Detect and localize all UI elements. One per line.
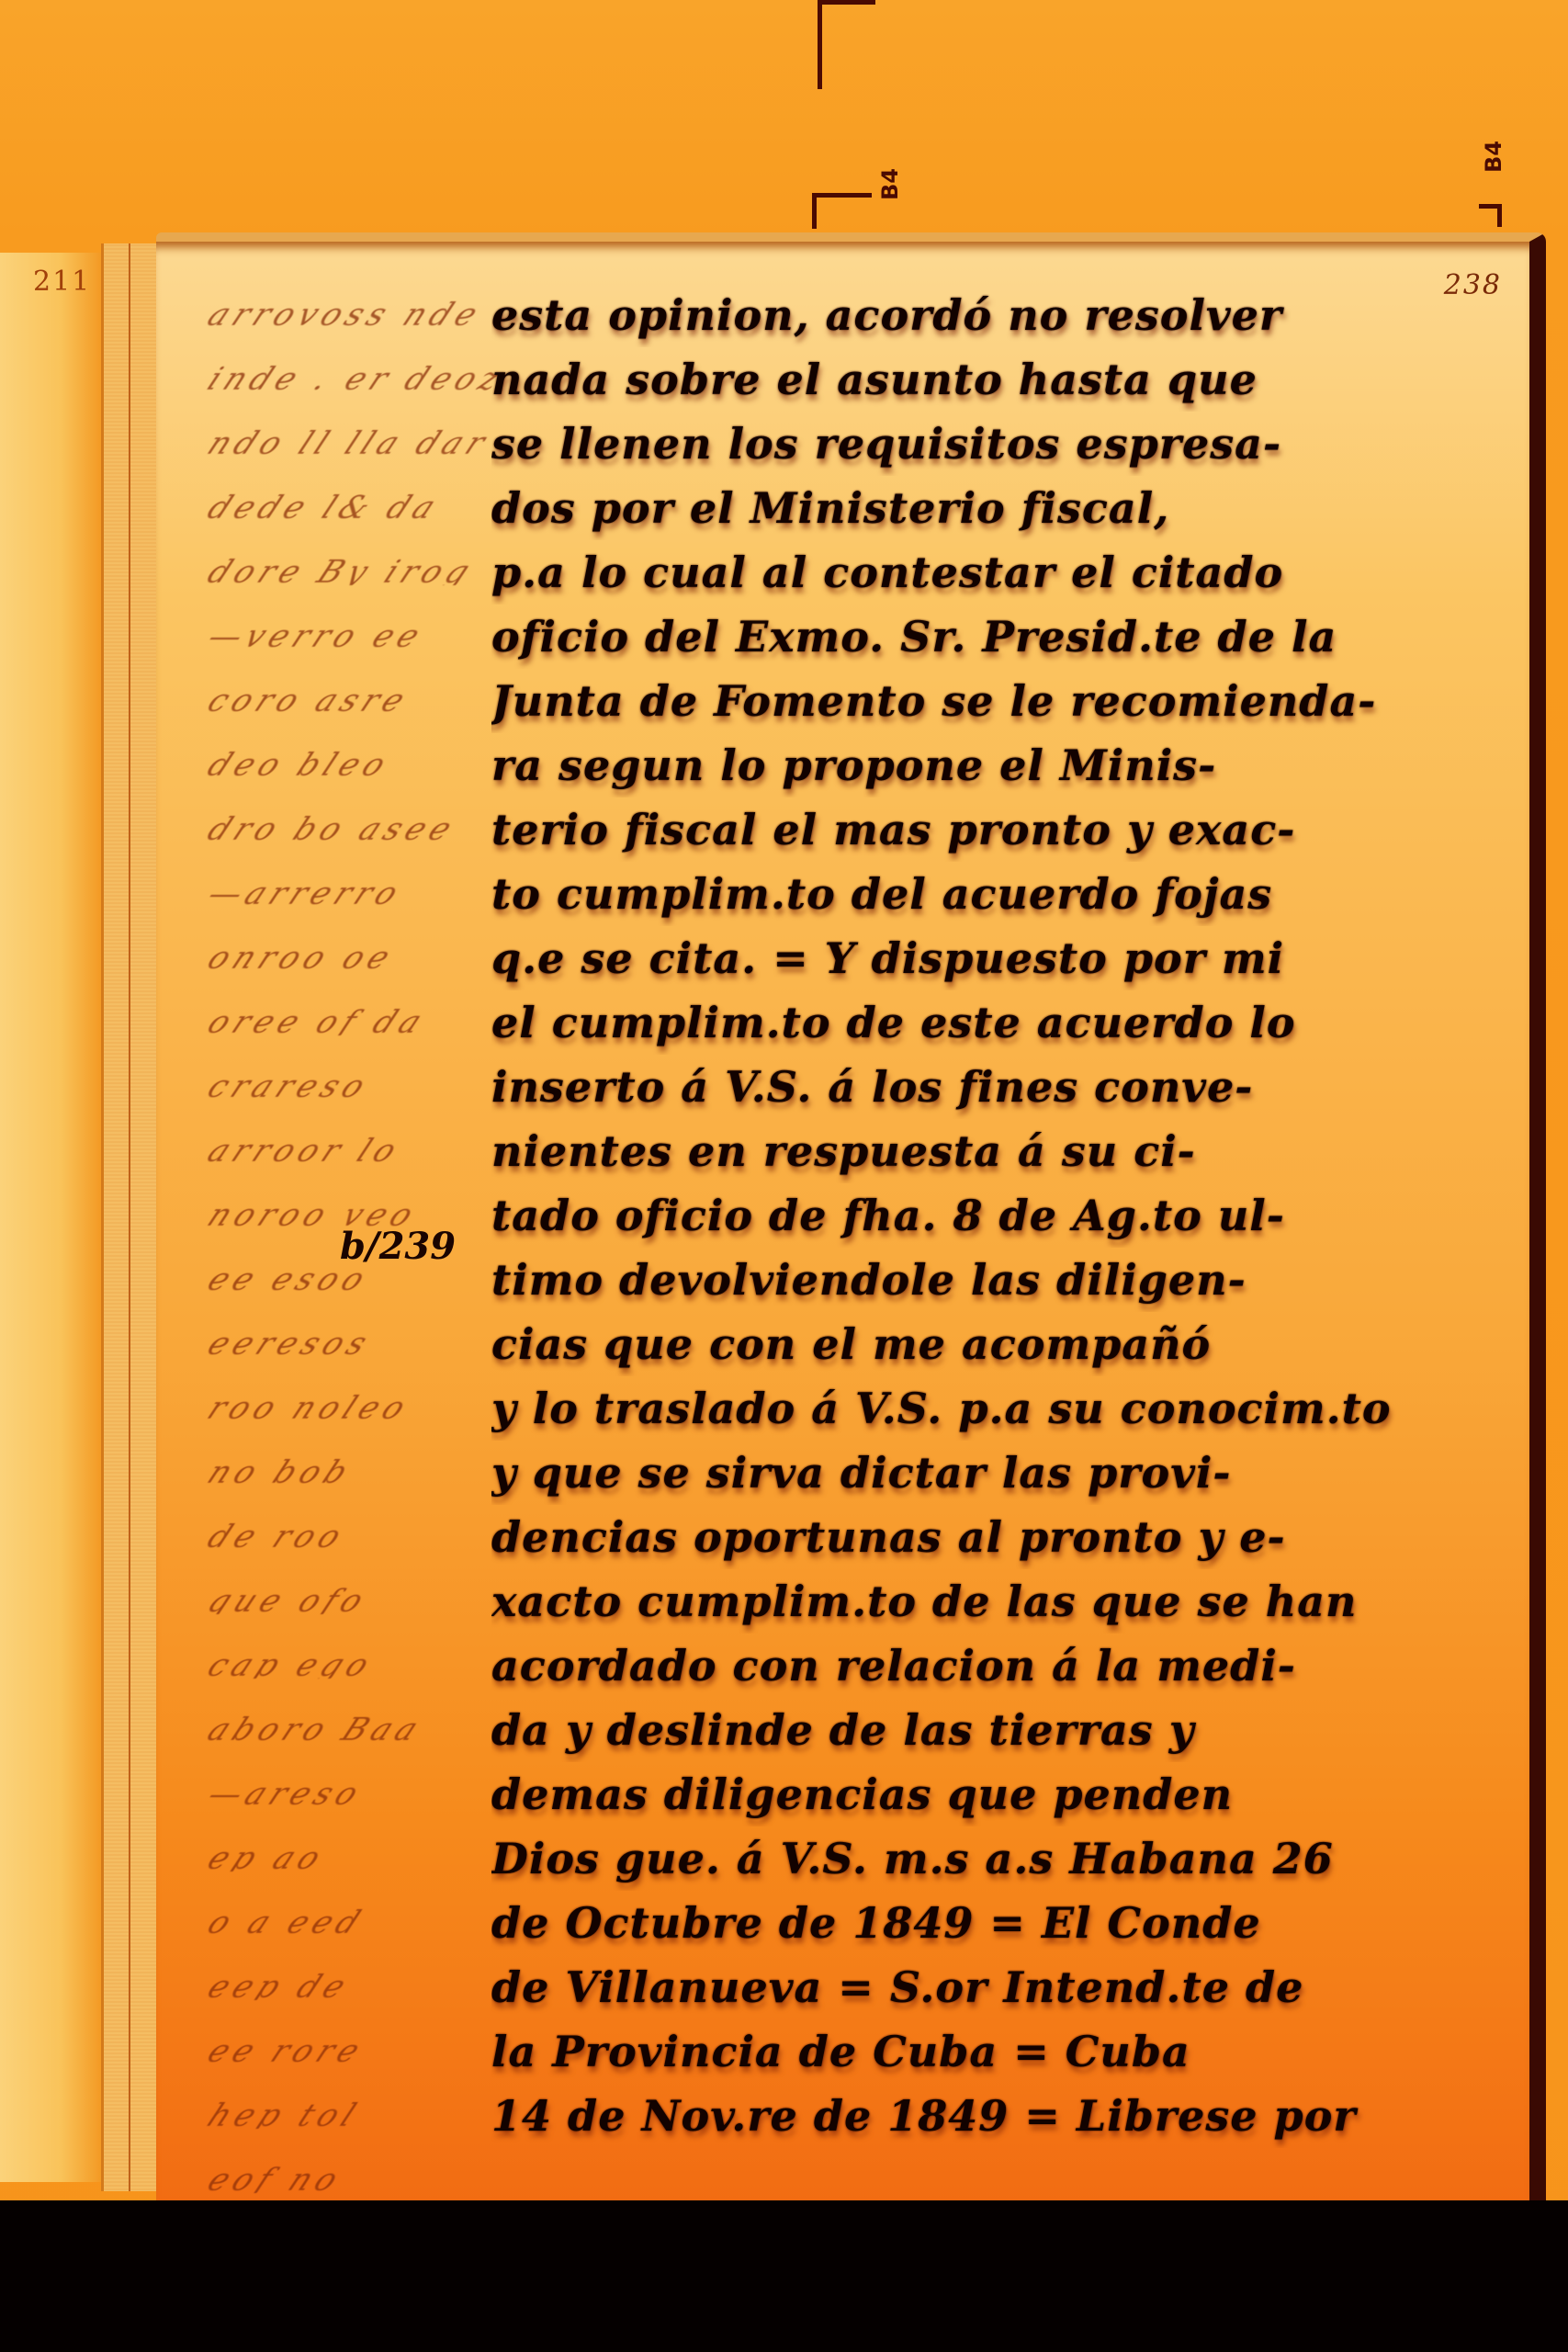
crop-mark-top bbox=[818, 0, 875, 89]
handwritten-text-block: esta opinion, acordó no resolver nada so… bbox=[491, 283, 1511, 2148]
spine-stitch-line bbox=[129, 243, 130, 2191]
manuscript-line: de Villanueva = S.or Intend.te de bbox=[491, 1955, 1511, 2019]
manuscript-line: la Provincia de Cuba = Cuba bbox=[491, 2019, 1511, 2084]
manuscript-line: esta opinion, acordó no resolver bbox=[491, 283, 1511, 347]
crop-mark-mid bbox=[812, 193, 872, 229]
manuscript-line: se llenen los requisitos espresa- bbox=[491, 412, 1511, 476]
manuscript-line: inserto á V.S. á los fines conve- bbox=[491, 1055, 1511, 1119]
crop-label-b4-mid: B4 bbox=[877, 168, 903, 200]
manuscript-line: nada sobre el asunto hasta que bbox=[491, 347, 1511, 412]
left-page-edge: 211 bbox=[0, 253, 105, 2182]
manuscript-line: y que se sirva dictar las provi- bbox=[491, 1441, 1511, 1505]
crop-mark-right bbox=[1479, 204, 1502, 227]
manuscript-line: terio fiscal el mas pronto y exac- bbox=[491, 797, 1511, 862]
scan-bottom-shadow bbox=[0, 2200, 1568, 2352]
book-spine bbox=[101, 243, 162, 2191]
manuscript-line: Dios gue. á V.S. m.s a.s Habana 26 bbox=[491, 1826, 1511, 1891]
manuscript-line: demas diligencias que penden bbox=[491, 1762, 1511, 1826]
manuscript-line: dos por el Ministerio fiscal, bbox=[491, 476, 1511, 540]
manuscript-line: tado oficio de fha. 8 de Ag.to ul- bbox=[491, 1183, 1511, 1248]
open-ledger-book: 211 238 arrovoss nde inde . er deoz ndo … bbox=[0, 225, 1568, 2205]
manuscript-line: xacto cumplim.to de las que se han bbox=[491, 1569, 1511, 1634]
manuscript-line: 14 de Nov.re de 1849 = Librese por bbox=[491, 2084, 1511, 2148]
manuscript-line: timo devolviendole las diligen- bbox=[491, 1248, 1511, 1312]
margin-folio-note: b/239 bbox=[340, 1225, 456, 1268]
manuscript-line: to cumplim.to del acuerdo fojas bbox=[491, 862, 1511, 926]
manuscript-line: acordado con relacion á la medi- bbox=[491, 1634, 1511, 1698]
manuscript-page: 238 arrovoss nde inde . er deoz ndo ll l… bbox=[156, 232, 1546, 2217]
manuscript-line: dencias oportunas al pronto y e- bbox=[491, 1505, 1511, 1569]
manuscript-line: nientes en respuesta á su ci- bbox=[491, 1119, 1511, 1183]
manuscript-line: de Octubre de 1849 = El Conde bbox=[491, 1891, 1511, 1955]
manuscript-line: Junta de Fomento se le recomienda- bbox=[491, 669, 1511, 733]
manuscript-line: da y deslinde de las tierras y bbox=[491, 1698, 1511, 1762]
left-page-number: 211 bbox=[33, 266, 91, 298]
manuscript-line: q.e se cita. = Y dispuesto por mi bbox=[491, 926, 1511, 990]
manuscript-line: y lo traslado á V.S. p.a su conocim.to bbox=[491, 1376, 1511, 1441]
crop-label-b4-right: B4 bbox=[1481, 141, 1506, 173]
bleed-line: eof no bbox=[204, 2162, 696, 2193]
manuscript-line: el cumplim.to de este acuerdo lo bbox=[491, 990, 1511, 1055]
manuscript-line: cias que con el me acompañó bbox=[491, 1312, 1511, 1376]
manuscript-line: oficio del Exmo. Sr. Presid.te de la bbox=[491, 605, 1511, 669]
manuscript-line: ra segun lo propone el Minis- bbox=[491, 733, 1511, 797]
manuscript-line: p.a lo cual al contestar el citado bbox=[491, 540, 1511, 605]
